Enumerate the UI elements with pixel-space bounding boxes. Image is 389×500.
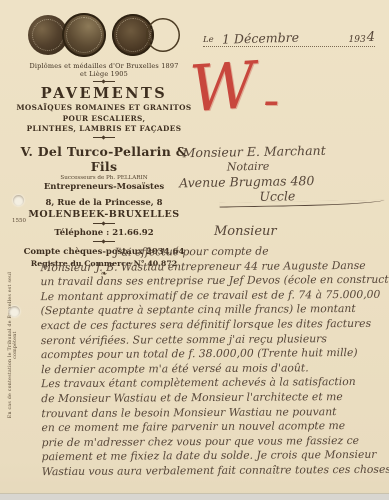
ornament-divider (93, 241, 115, 242)
recipient-address: Monsieur E. Marchant Notaire Avenue Brug… (182, 143, 326, 205)
company-successors: Successeurs de Ph. PELLARIN (6, 175, 202, 181)
date-year-digit: 4 (367, 30, 375, 45)
product-line-2: POUR ESCALIERS, (6, 115, 202, 124)
medal-images (6, 10, 202, 60)
product-title: PAVEMENTS (6, 85, 202, 102)
punch-hole (9, 306, 20, 317)
ornament-divider (93, 137, 115, 138)
awards-line-2: et Liège 1905 (6, 70, 202, 78)
company-profession: Entrepreneurs-Mosaïstes (6, 182, 202, 192)
company-phone: Téléphone : 21.66.92 (6, 228, 202, 238)
date-printed-prefix: Le (203, 35, 214, 45)
letter-body: J'ai effectué pour compte de Monsieur J.… (40, 244, 380, 480)
company-city: MOLENBEEK-BRUXELLES (6, 209, 202, 220)
letterhead: Diplômes et médailles d'Or Bruxelles 189… (6, 10, 202, 278)
date-line: Le 1 Décembre 193 4 (203, 30, 375, 47)
company-street: 8, Rue de la Princesse, 8 (6, 198, 202, 208)
date-printed-year: 193 (349, 35, 366, 45)
ornament-divider (93, 223, 115, 224)
recipient-city: Uccle (259, 188, 326, 204)
margin-legal-note: En cas de contestation le Tribunal de Br… (8, 270, 18, 420)
company-name: V. Del Turco-Pellarin & Fils (6, 144, 202, 174)
body-line: Wastiau vous aura verbalement fait conna… (42, 463, 380, 480)
product-line-1: MOSAÏQUES ROMAINES ET GRANITOS (6, 104, 202, 113)
salutation: Monsieur (214, 224, 277, 239)
scanned-letter: Diplômes et médailles d'Or Bruxelles 189… (0, 0, 389, 500)
red-w-mark: W (188, 54, 258, 122)
recipient-title: Notaire (227, 158, 326, 175)
recipient-name: Monsieur E. Marchant (182, 143, 325, 160)
ornament-divider (93, 81, 115, 82)
red-pencil-annotation: W – (190, 56, 279, 120)
medal-icon-2 (62, 13, 106, 57)
punch-hole (13, 195, 24, 206)
medal-icon-4 (146, 18, 180, 52)
date-handwritten: 1 Décembre (222, 28, 349, 46)
red-dash-mark: – (264, 84, 279, 119)
body-line: acomptes pour un total de f. 38.000,00 (… (41, 346, 379, 363)
body-line: exact de ces factures sera définitif lor… (41, 317, 379, 334)
awards-line-1: Diplômes et médailles d'Or Bruxelles 189… (6, 62, 202, 70)
product-line-3: PLINTHES, LAMBRIS ET FAÇADES (6, 125, 202, 134)
print-reference: 1550 (12, 218, 26, 224)
scan-bottom-edge (0, 493, 389, 500)
